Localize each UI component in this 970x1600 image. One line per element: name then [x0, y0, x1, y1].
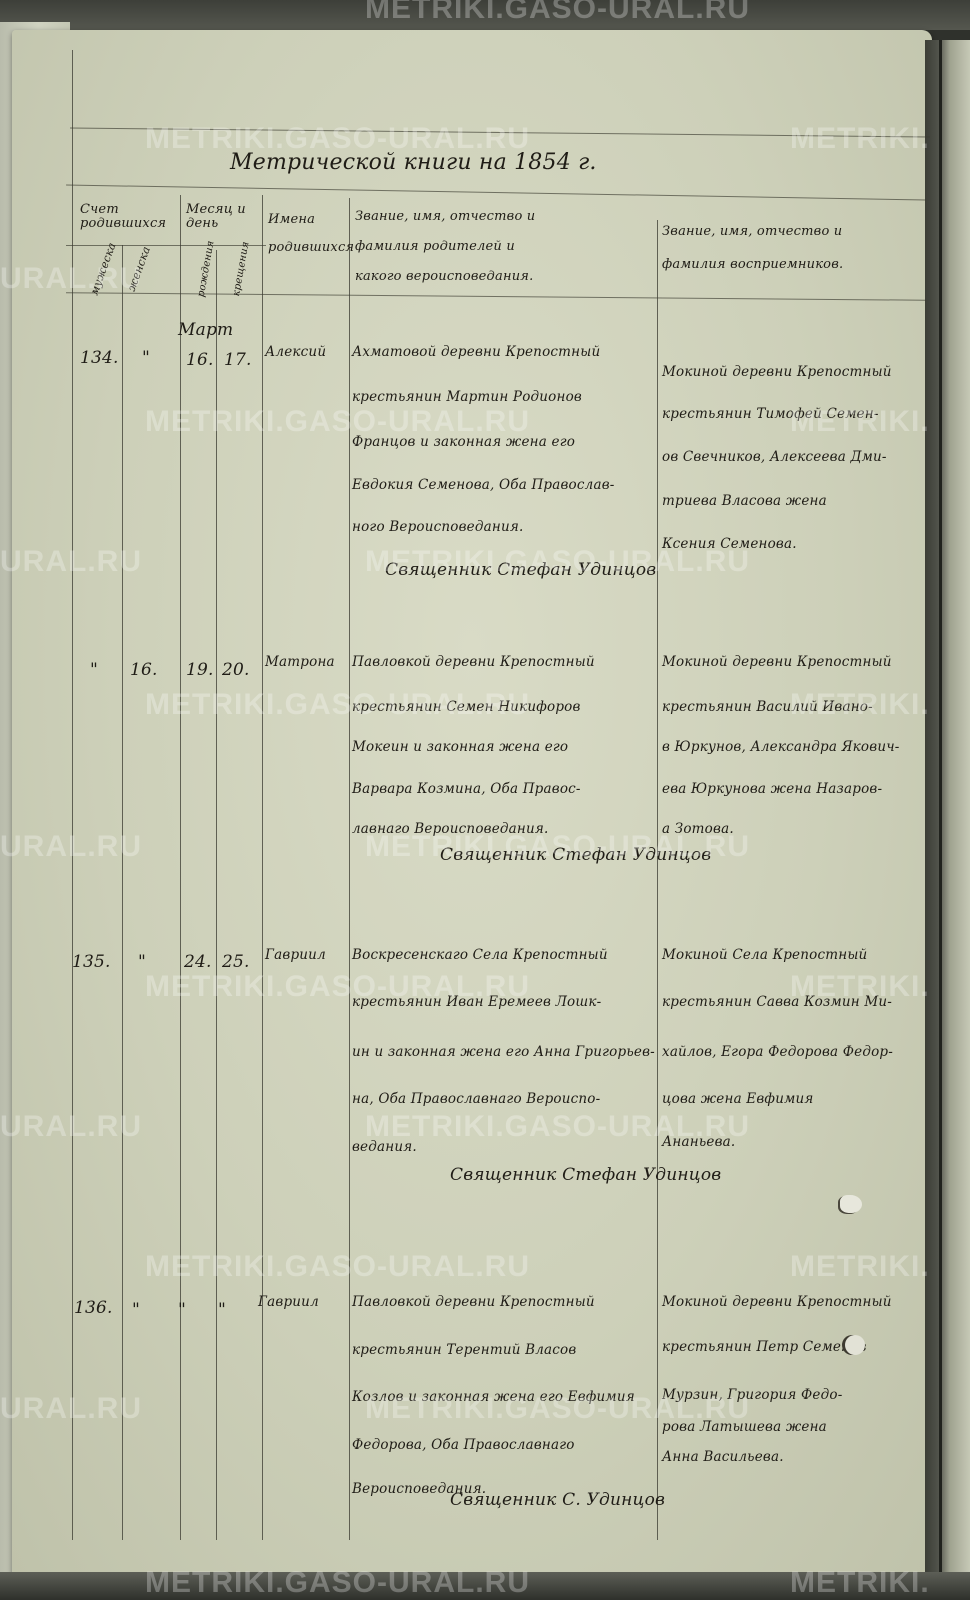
godparents-line: в Юркунов, Александра Якович- [662, 730, 900, 765]
watermark: METRIKI.GASO-URAL.RU [145, 688, 530, 722]
watermark: METRIKI. [790, 1566, 930, 1600]
female-count: " [142, 348, 150, 368]
parents-line: Мокеин и законная жена его [352, 730, 568, 765]
column-divider [657, 220, 658, 1540]
female-count: " [138, 952, 146, 972]
watermark: URAL.RU [0, 262, 142, 296]
child-name: Гавриил [258, 1285, 319, 1320]
watermark: METRIKI.GASO-URAL.RU [145, 122, 530, 156]
column-divider [180, 195, 181, 1540]
watermark: URAL.RU [0, 1392, 142, 1426]
godparents-line: Мокиной деревни Крепостный [662, 1285, 892, 1320]
watermark: URAL.RU [0, 830, 142, 864]
baptism-day: 25. [222, 952, 250, 972]
header-parents-line1: Звание, имя, отчество и [355, 210, 535, 224]
godparents-line: крестьянин Петр Семенов [662, 1330, 867, 1365]
male-count: " [90, 660, 98, 680]
watermark: METRIKI. [790, 970, 930, 1004]
header-name: Имена родившихся [268, 206, 346, 262]
male-count: 134. [80, 348, 119, 368]
column-divider [349, 198, 350, 1540]
baptism-day: " [218, 1300, 226, 1320]
column-divider [216, 250, 217, 1540]
watermark: METRIKI. [790, 405, 930, 439]
watermark: METRIKI.GASO-URAL.RU [145, 405, 530, 439]
watermark: METRIKI.GASO-URAL.RU [145, 1566, 530, 1600]
priest-signature: Священник С. Удинцов [450, 1490, 665, 1510]
parents-line: Павловкой деревни Крепостный [352, 1285, 595, 1320]
header-sub-rule [66, 245, 266, 246]
baptism-day: 17. [224, 350, 252, 370]
watermark: METRIKI. [790, 122, 930, 156]
female-count: 16. [130, 660, 158, 680]
child-name: Матрона [265, 645, 335, 680]
header-godparents-line2: фамилия восприемников. [662, 258, 843, 272]
birth-day: 24. [184, 952, 212, 972]
header-parents-line2: фамилия родителей и [355, 240, 515, 254]
header-parents-line3: какого вероисповедания. [355, 270, 533, 284]
child-name: Гавриил [265, 938, 326, 973]
godparents-line: ева Юркунова жена Назаров- [662, 772, 882, 807]
header-date: Месяц и день [186, 203, 258, 231]
header-godparents-line1: Звание, имя, отчество и [662, 225, 842, 239]
godparents-line: Мокиной деревни Крепостный [662, 355, 892, 390]
header-count: Счет родившихся [80, 203, 178, 231]
watermark: METRIKI. [790, 688, 930, 722]
watermark: METRIKI.GASO-URAL.RU [365, 0, 750, 26]
column-divider [262, 195, 263, 1540]
baptism-day: 20. [222, 660, 250, 680]
column-divider [122, 245, 123, 1540]
parents-line: Павловкой деревни Крепостный [352, 645, 595, 680]
parents-line: Воскресенскаго Села Крепостный [352, 938, 608, 973]
godparents-line: Мокиной Села Крепостный [662, 938, 867, 973]
watermark: METRIKI.GASO-URAL.RU [365, 1110, 750, 1144]
watermark: METRIKI.GASO-URAL.RU [145, 970, 530, 1004]
godparents-line: ов Свечников, Алексеева Дми- [662, 440, 887, 475]
parents-line: Варвара Козмина, Оба Правос- [352, 772, 581, 807]
parents-line: Ахматовой деревни Крепостный [352, 335, 600, 370]
paper-damage-spot [840, 1195, 862, 1213]
child-name: Алексий [265, 335, 326, 370]
birth-day: 19. [186, 660, 214, 680]
godparents-line: триева Власова жена [662, 484, 827, 519]
male-count: 136. [74, 1298, 113, 1318]
parents-line: Евдокия Семенова, Оба Православ- [352, 468, 615, 503]
watermark: METRIKI.GASO-URAL.RU [365, 1392, 750, 1426]
male-count: 135. [72, 952, 111, 972]
watermark: METRIKI.GASO-URAL.RU [365, 545, 750, 579]
parents-line: ного Вероисповедания. [352, 510, 524, 545]
watermark: METRIKI.GASO-URAL.RU [145, 1250, 530, 1284]
parents-line: Федорова, Оба Православнаго [352, 1428, 575, 1463]
godparents-line: хайлов, Егора Федорова Федор- [662, 1035, 893, 1070]
parents-line: ин и законная жена его Анна Григорьев- [352, 1035, 655, 1070]
godparents-line: Анна Васильева. [662, 1440, 784, 1475]
godparents-line: Мокиной деревни Крепостный [662, 645, 892, 680]
watermark: URAL.RU [0, 1110, 142, 1144]
birth-day: " [178, 1300, 186, 1320]
watermark: METRIKI.GASO-URAL.RU [365, 830, 750, 864]
watermark: URAL.RU [0, 545, 142, 579]
month-label: Март [178, 320, 233, 340]
book-binding-edge [925, 40, 970, 1580]
birth-day: 16. [186, 350, 214, 370]
female-count: " [132, 1300, 140, 1320]
paper-damage-spot [845, 1335, 865, 1355]
parents-line: крестьянин Терентий Власов [352, 1333, 576, 1368]
watermark: METRIKI. [790, 1250, 930, 1284]
priest-signature: Священник Стефан Удинцов [450, 1165, 721, 1185]
